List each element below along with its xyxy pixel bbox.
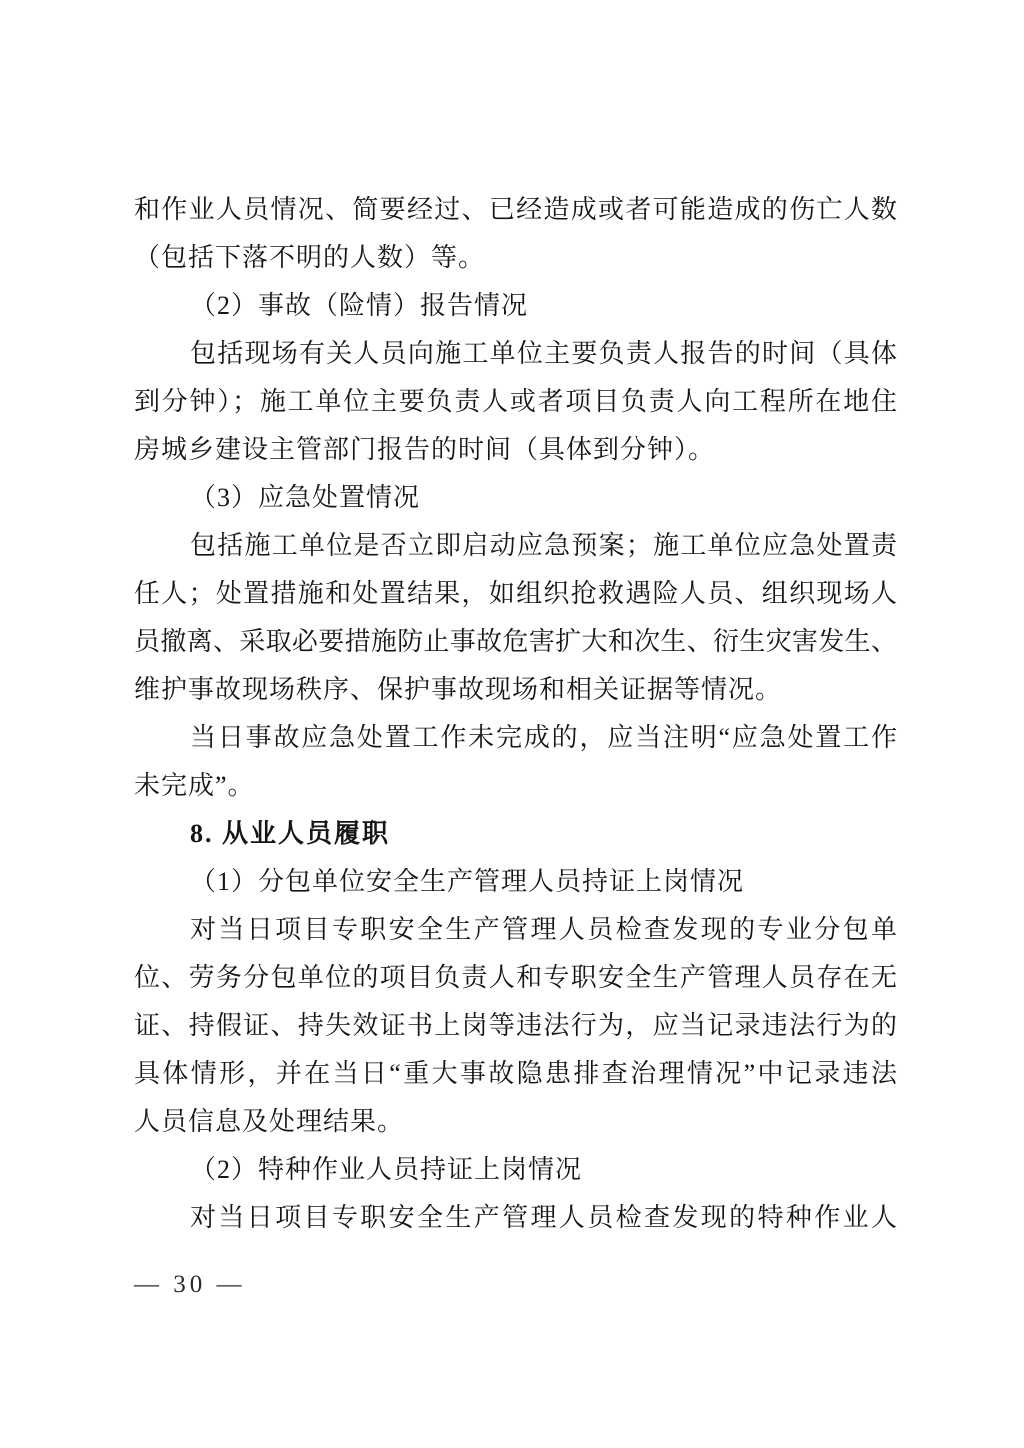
text-line: （2）特种作业人员持证上岗情况 xyxy=(134,1146,897,1194)
text-line: 具体情形，并在当日“重大事故隐患排查治理情况”中记录违法 xyxy=(134,1050,897,1098)
document-page: 和作业人员情况、简要经过、已经造成或者可能造成的伤亡人数（包括下落不明的人数）等… xyxy=(0,0,1024,1448)
text-line: 包括施工单位是否立即启动应急预案；施工单位应急处置责 xyxy=(134,522,897,570)
text-line: 和作业人员情况、简要经过、已经造成或者可能造成的伤亡人数 xyxy=(134,186,897,234)
text-line: 未完成”。 xyxy=(134,762,897,810)
text-line: （包括下落不明的人数）等。 xyxy=(134,234,897,282)
document-body: 和作业人员情况、简要经过、已经造成或者可能造成的伤亡人数（包括下落不明的人数）等… xyxy=(134,186,897,1242)
text-line: 到分钟）；施工单位主要负责人或者项目负责人向工程所在地住 xyxy=(134,378,897,426)
text-line: 当日事故应急处置工作未完成的，应当注明“应急处置工作 xyxy=(134,714,897,762)
text-line: 任人；处置措施和处置结果，如组织抢救遇险人员、组织现场人 xyxy=(134,570,897,618)
text-line: 房城乡建设主管部门报告的时间（具体到分钟）。 xyxy=(134,426,897,474)
text-line: 包括现场有关人员向施工单位主要负责人报告的时间（具体 xyxy=(134,330,897,378)
text-line: 对当日项目专职安全生产管理人员检查发现的特种作业人 xyxy=(134,1194,897,1242)
text-line: 证、持假证、持失效证书上岗等违法行为，应当记录违法行为的 xyxy=(134,1002,897,1050)
text-line: 位、劳务分包单位的项目负责人和专职安全生产管理人员存在无 xyxy=(134,954,897,1002)
section-heading: 8. 从业人员履职 xyxy=(134,810,897,858)
text-line: （3）应急处置情况 xyxy=(134,474,897,522)
text-line: 维护事故现场秩序、保护事故现场和相关证据等情况。 xyxy=(134,666,897,714)
text-line: （2）事故（险情）报告情况 xyxy=(134,282,897,330)
text-line: 人员信息及处理结果。 xyxy=(134,1098,897,1146)
text-line: （1）分包单位安全生产管理人员持证上岗情况 xyxy=(134,858,897,906)
text-line: 员撤离、采取必要措施防止事故危害扩大和次生、衍生灾害发生、 xyxy=(134,618,897,666)
page-number-footer: — 30 — xyxy=(134,1268,246,1302)
text-line: 对当日项目专职安全生产管理人员检查发现的专业分包单 xyxy=(134,906,897,954)
